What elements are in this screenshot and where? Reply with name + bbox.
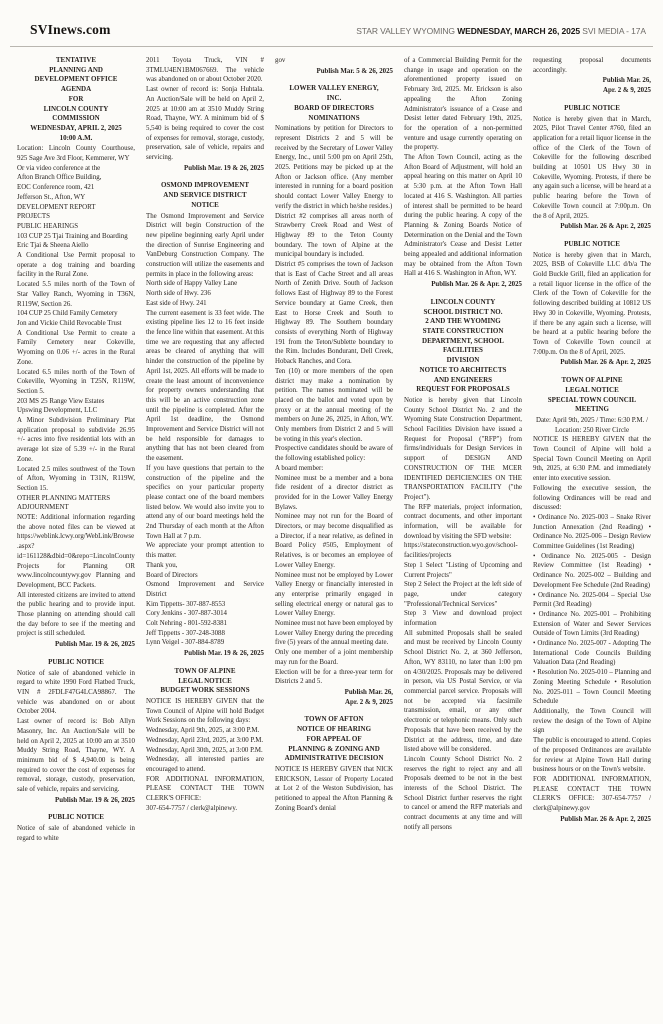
notice-heading: TOWN OF ALPINE LEGAL NOTICE BUDGET WORK … (146, 667, 264, 696)
notice-paragraph: • Ordinance No. 2025-007 - Adopting The … (533, 639, 651, 668)
notice-line: DEVELOPMENT REPORT PROJECTS PUBLIC HEARI… (17, 203, 135, 232)
notice-line: Thank you, Board of Directors (146, 561, 264, 580)
notice-paragraph: The RFP materials, project information, … (404, 503, 522, 542)
notice-paragraph: Nominee must be a member and a bona fide… (275, 474, 393, 513)
notice-paragraph: The public is encouraged to attend. Copi… (533, 736, 651, 775)
notice-heading: PUBLIC NOTICE (17, 658, 135, 668)
masthead-rule (10, 46, 653, 47)
notice-paragraph: • Ordinance No. 2025-001 – Prohibiting E… (533, 610, 651, 639)
notice-line: North side of Happy Valley Lane North si… (146, 279, 264, 308)
notice-paragraph: NOTE: Additional information regarding t… (17, 513, 135, 562)
publish-line: Publish Mar. 19 & 26, 2025 (17, 640, 135, 650)
notice-paragraph: Additionally, the Town Council will revi… (533, 707, 651, 736)
notice-heading: LOWER VALLEY ENERGY, INC. BOARD OF DIREC… (275, 84, 393, 123)
column-2: 2011 Toyota Truck, VIN # 3TMLU4EN1BM0676… (146, 56, 264, 1016)
notice-paragraph: FOR ADDITIONAL INFORMATION, PLEASE CONTA… (533, 775, 651, 814)
notice-paragraph: Osmond Improvement and Service District (146, 580, 264, 599)
publish-line: Publish Mar. 26 & Apr. 2, 2025 (404, 280, 522, 290)
column-4: of a Commercial Building Permit for the … (404, 56, 522, 1016)
publish-line: Publish Mar. 26 & Apr. 2, 2025 (533, 222, 651, 232)
notice-paragraph: Nominee must not have been employed by L… (275, 619, 393, 648)
notice-paragraph: Wednesday, April 23rd, 2025, at 3:00 P.M… (146, 736, 264, 746)
notice-line: gov (275, 56, 393, 66)
notice-paragraph: Nominee must not be employed by Lower Va… (275, 571, 393, 620)
notice-paragraph: Jon and Vickie Child Revocable Trust (17, 319, 135, 329)
notice-heading: PUBLIC NOTICE (17, 813, 135, 823)
notice-paragraph: 307-654-7757 / clerk@alpinewy. (146, 804, 264, 814)
publish-line: Publish Mar. 26, Apr. 2 & 9, 2025 (533, 76, 651, 95)
notice-paragraph: • Ordinance No. 2025-004 – Special Use P… (533, 591, 651, 610)
notice-paragraph: of a Commercial Building Permit for the … (404, 56, 522, 153)
notice-paragraph: • Ordinance No. 2025-003 – Snake River J… (533, 513, 651, 552)
notice-paragraph: The current easement is 33 feet wide. Th… (146, 309, 264, 464)
notice-paragraph: Last owner of record is: Bob Allyn Mason… (17, 717, 135, 795)
notice-paragraph: • Ordinance No. 2025-005 - Design Review… (533, 552, 651, 591)
column-3: govPublish Mar. 5 & 26, 2025LOWER VALLEY… (275, 56, 393, 1016)
notice-paragraph: The Osmond Improvement and Service Distr… (146, 212, 264, 280)
notice-heading: OSMOND IMPROVEMENT AND SERVICE DISTRICT … (146, 181, 264, 210)
notice-paragraph: A Minor Subdivision Preliminary Plat app… (17, 416, 135, 465)
publish-line: Publish Mar. 19 & 26, 2025 (17, 796, 135, 806)
notice-paragraph: Projects for Planning OR www.lincolncoun… (17, 562, 135, 591)
folio-date: WEDNESDAY, MARCH 26, 2025 (457, 26, 580, 36)
notice-paragraph: If you have questions that pertain to th… (146, 464, 264, 542)
notice-paragraph: Prospective candidates should be aware o… (275, 444, 393, 463)
notice-paragraph: Election will be for a three-year term f… (275, 668, 393, 687)
notice-paragraph: Last owner of record is: Sonja Huhtala. … (146, 85, 264, 163)
notice-heading: TOWN OF ALPINE LEGAL NOTICE SPECIAL TOWN… (533, 376, 651, 415)
notice-paragraph: FOR ADDITIONAL INFORMATION, PLEASE CONTA… (146, 775, 264, 804)
notice-paragraph: Step 2 Select the Project at the left si… (404, 580, 522, 609)
notice-paragraph: Notice of sale of abandoned vehicle in r… (17, 669, 135, 718)
notice-line: Or via video conference at the Afton Bra… (17, 164, 135, 203)
notice-paragraph: Notice of sale of abandoned vehicle in r… (17, 824, 135, 843)
publish-line: Publish Mar. 26 & Apr. 2, 2025 (533, 815, 651, 825)
folio-location: STAR VALLEY WYOMING (356, 26, 457, 36)
notice-paragraph: Wednesday, April 9th, 2025, at 3:00 P.M. (146, 726, 264, 736)
notice-line: 203 MS 25 Range View Estates Upswing Dev… (17, 397, 135, 416)
notice-paragraph: All interested citizens are invited to a… (17, 591, 135, 640)
notice-paragraph: Wednesday, all interested parties are en… (146, 755, 264, 774)
folio-line: STAR VALLEY WYOMING WEDNESDAY, MARCH 26,… (356, 26, 646, 36)
notice-paragraph: Located 5.5 miles north of the Town of S… (17, 280, 135, 309)
notice-paragraph: requesting proposal documents accordingl… (533, 56, 651, 75)
column-1: TENTATIVE PLANNING AND DEVELOPMENT OFFIC… (17, 56, 135, 1016)
notice-line: OTHER PLANNING MATTERS ADJOURNMENT (17, 494, 135, 513)
notice-line: A board member: (275, 464, 393, 474)
notice-paragraph: Located 6.5 miles north of the Town of C… (17, 368, 135, 397)
notice-paragraph: Lincoln County School District No. 2 res… (404, 755, 522, 833)
columns: TENTATIVE PLANNING AND DEVELOPMENT OFFIC… (17, 56, 651, 1016)
notice-paragraph: 104 CUP 25 Child Family Cemetery (17, 309, 135, 319)
notice-paragraph: We appreciate your prompt attention to t… (146, 541, 264, 560)
notice-paragraph: Location: Lincoln County Courthouse, 925… (17, 144, 135, 163)
publish-line: Publish Mar. 19 & 26, 2025 (146, 164, 264, 174)
notice-heading: PUBLIC NOTICE (533, 104, 651, 114)
notice-paragraph: NOTICE IS HEREBY GIVEN that NICK ERICKSO… (275, 765, 393, 814)
notice-paragraph: NOTICE IS HEREBY GIVEN that the Town Cou… (146, 697, 264, 726)
notice-paragraph: A Conditional Use Permit proposal to ope… (17, 251, 135, 280)
notice-paragraph: 2011 Toyota Truck, VIN # 3TMLU4EN1BM0676… (146, 56, 264, 85)
notice-paragraph: The Afton Town Council, acting as the Af… (404, 153, 522, 279)
notice-paragraph: Ten (10) or more members of the open dis… (275, 367, 393, 445)
notice-paragraph: Nominations by petition for Directors to… (275, 124, 393, 211)
notice-centered-line: Date: April 9th, 2025 / Time: 6:30 P.M. … (533, 416, 651, 435)
masthead: SVInews.com STAR VALLEY WYOMING WEDNESDA… (0, 0, 663, 46)
newspaper-page: SVInews.com STAR VALLEY WYOMING WEDNESDA… (0, 0, 663, 1024)
notice-paragraph: Located 2.5 miles southwest of the Town … (17, 465, 135, 494)
notice-paragraph: Nominee may not run for the Board of Dir… (275, 512, 393, 570)
notice-heading: TOWN OF AFTON NOTICE OF HEARING FOR APPE… (275, 715, 393, 764)
notice-heading: PUBLIC NOTICE (533, 240, 651, 250)
notice-paragraph: NOTICE IS HEREBY GIVEN that the Town Cou… (533, 435, 651, 484)
publish-line: Publish Mar. 26, Apr. 2 & 9, 2025 (275, 688, 393, 707)
publish-line: Publish Mar. 19 & 26, 2025 (146, 649, 264, 659)
notice-paragraph: Notice is hereby given that in March, 20… (533, 251, 651, 358)
notice-paragraph: Step 3 View and download project informa… (404, 609, 522, 628)
notice-paragraph: All submitted Proposals shall be sealed … (404, 629, 522, 755)
site-name: SVInews.com (30, 22, 111, 38)
notice-line: Kim Tippetts- 307-887-8553 Cory Jenkins … (146, 600, 264, 649)
notice-paragraph: A Conditional Use Permit to create a Fam… (17, 329, 135, 368)
notice-paragraph: Only one member of a joint membership ma… (275, 648, 393, 667)
notice-paragraph: Step 1 Select "Listing of Upcoming and C… (404, 561, 522, 580)
notice-paragraph: Wednesday, April 30th, 2025, at 3:00 P.M… (146, 746, 264, 756)
notice-paragraph: https://stateconstruction.wyo.gov/school… (404, 541, 522, 560)
notice-paragraph: District #5 comprises the town of Jackso… (275, 260, 393, 367)
notice-paragraph: Notice is hereby given that in March, 20… (533, 115, 651, 222)
notice-paragraph: Following the executive session, the fol… (533, 484, 651, 513)
column-5: requesting proposal documents accordingl… (533, 56, 651, 1016)
notice-paragraph: 103 CUP 25 Tjai Training and Boarding (17, 232, 135, 242)
notice-paragraph: • Resolution No. 2025-010 – Planning and… (533, 668, 651, 707)
notice-line: Eric Tjai & Sheena Aiello (17, 241, 135, 251)
notice-paragraph: District #2 comprises all areas north of… (275, 212, 393, 261)
folio-page-label: SVI MEDIA - 17A (580, 26, 646, 36)
notice-heading: LINCOLN COUNTY SCHOOL DISTRICT NO. 2 AND… (404, 298, 522, 395)
publish-line: Publish Mar. 5 & 26, 2025 (275, 67, 393, 77)
publish-line: Publish Mar. 26 & Apr. 2, 2025 (533, 358, 651, 368)
notice-paragraph: Notice is hereby given that Lincoln Coun… (404, 396, 522, 503)
notice-heading: TENTATIVE PLANNING AND DEVELOPMENT OFFIC… (17, 56, 135, 143)
